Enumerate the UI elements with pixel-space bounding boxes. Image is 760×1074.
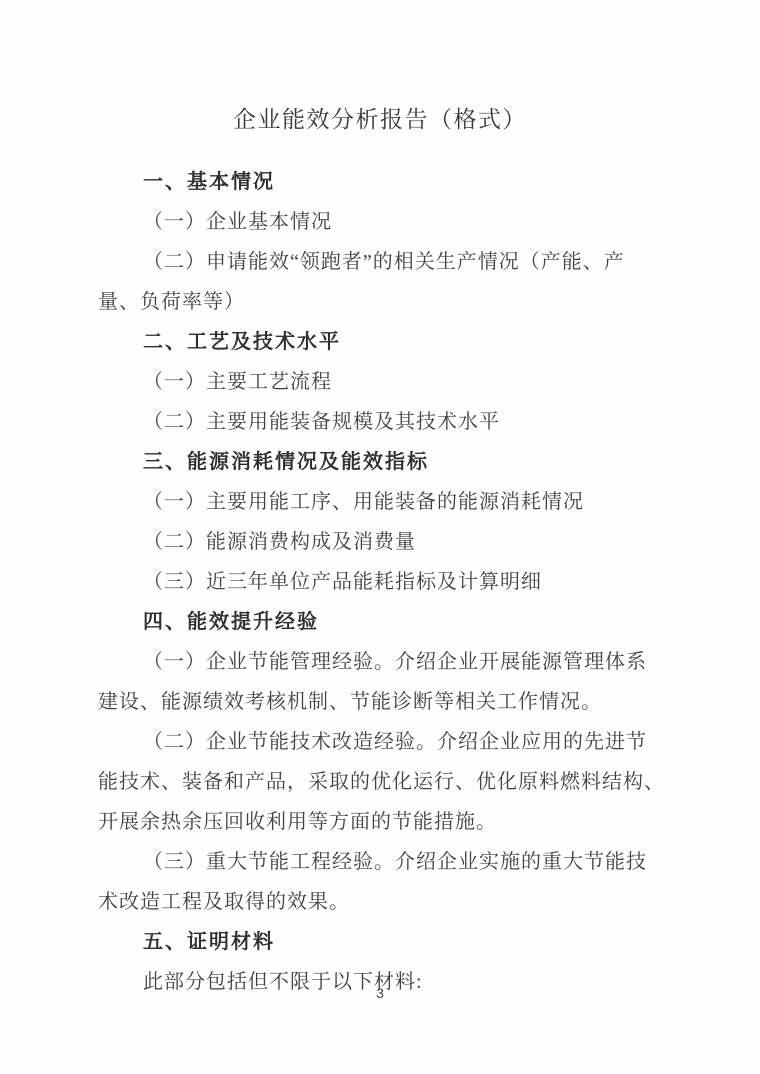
document-line: （三）近三年单位产品能耗指标及计算明细 (98, 562, 673, 602)
page-footer: 3 (0, 985, 760, 1003)
document-line: 建设、能源绩效考核机制、节能诊断等相关工作情况。 (98, 682, 673, 722)
document-line: （一）企业节能管理经验。介绍企业开展能源管理体系 (98, 642, 673, 682)
document-line: （二）能源消费构成及消费量 (98, 522, 673, 562)
document-line: （一）主要工艺流程 (98, 362, 673, 402)
document-line: （二）主要用能装备规模及其技术水平 (98, 402, 673, 442)
document-body: 一、基本情况（一）企业基本情况（二）申请能效“领跑者”的相关生产情况（产能、产量… (98, 162, 673, 1002)
section-heading: 四、能效提升经验 (98, 602, 673, 642)
document-line: 能技术、装备和产品，采取的优化运行、优化原料燃料结构、 (98, 762, 673, 802)
section-heading: 一、基本情况 (98, 162, 673, 202)
document-line: （二）企业节能技术改造经验。介绍企业应用的先进节 (98, 722, 673, 762)
page-number: 3 (376, 985, 384, 1001)
document-line: （三）重大节能工程经验。介绍企业实施的重大节能技 (98, 842, 673, 882)
section-heading: 五、证明材料 (98, 922, 673, 962)
section-heading: 三、能源消耗情况及能效指标 (98, 442, 673, 482)
document-line: （一）企业基本情况 (98, 202, 673, 242)
document-line: 量、负荷率等） (98, 282, 673, 322)
document-line: （二）申请能效“领跑者”的相关生产情况（产能、产 (98, 242, 673, 282)
document-line: 开展余热余压回收利用等方面的节能措施。 (98, 802, 673, 842)
document-line: 术改造工程及取得的效果。 (98, 882, 673, 922)
section-heading: 二、工艺及技术水平 (98, 322, 673, 362)
document-title: 企业能效分析报告（格式） (0, 101, 760, 134)
document-line: （一）主要用能工序、用能装备的能源消耗情况 (98, 482, 673, 522)
document-page: 企业能效分析报告（格式） 一、基本情况（一）企业基本情况（二）申请能效“领跑者”… (0, 0, 760, 1074)
